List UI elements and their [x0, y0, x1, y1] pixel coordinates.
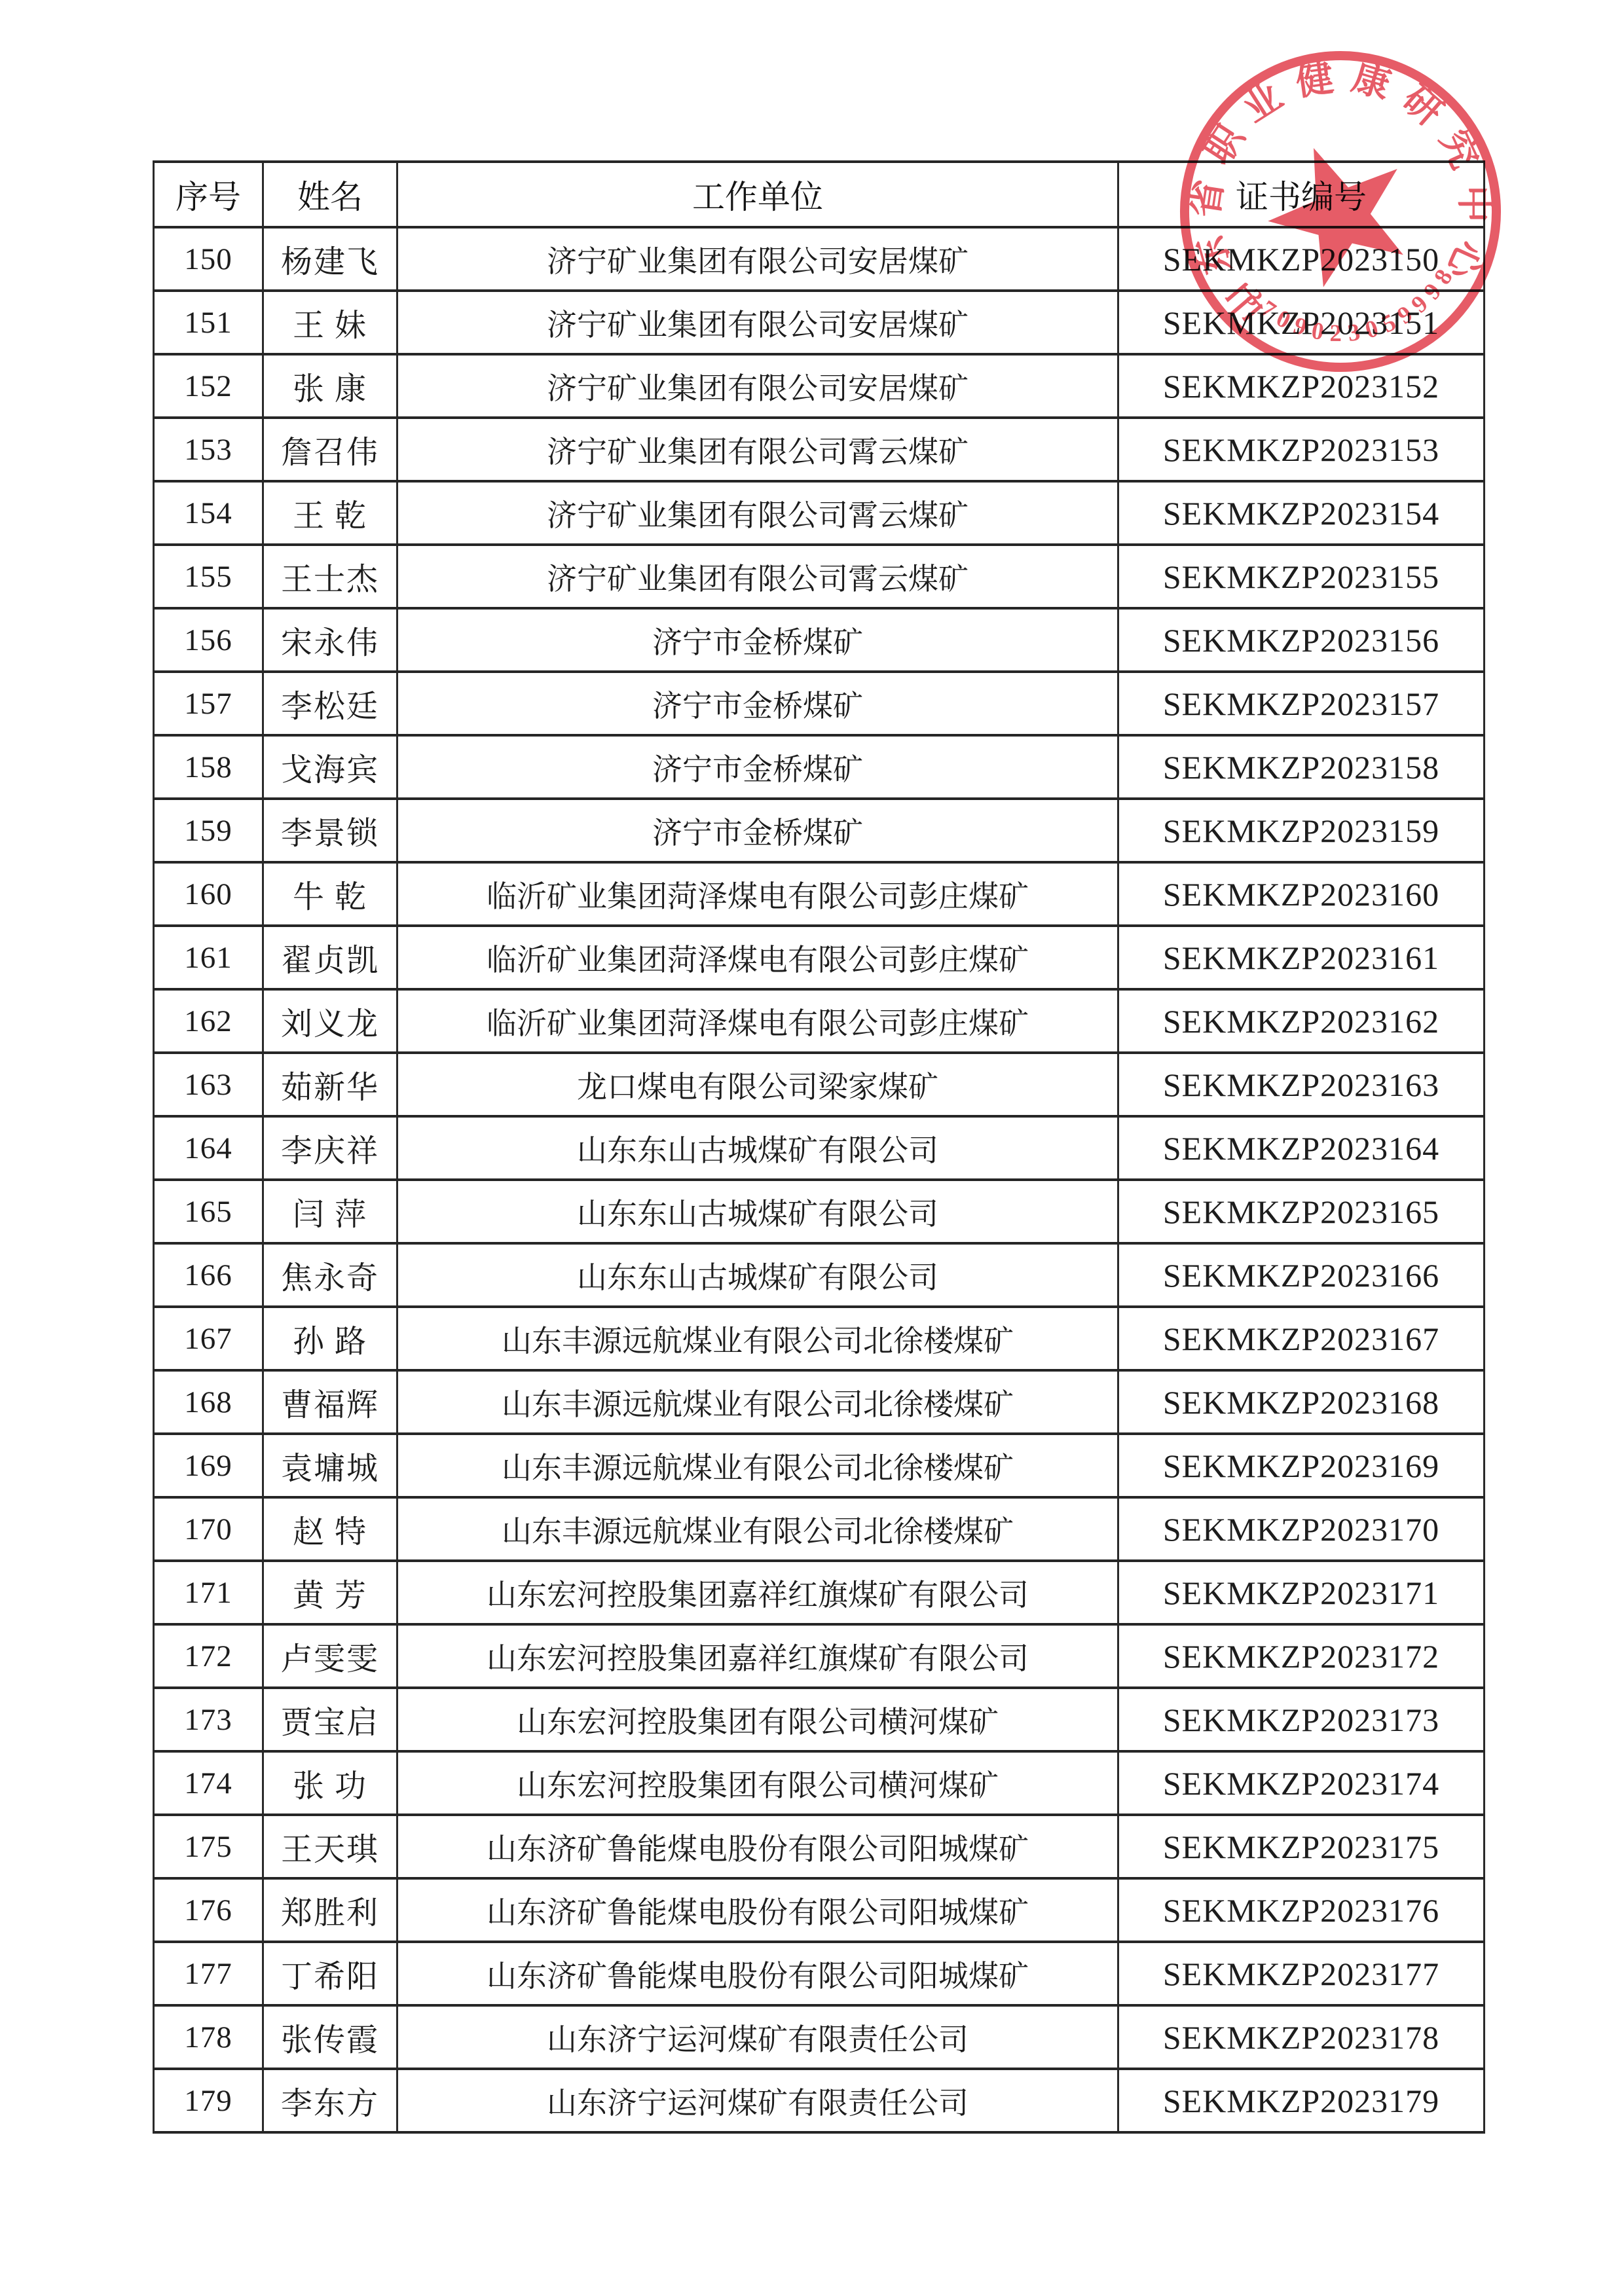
table-row: 174张 功山东宏河控股集团有限公司横河煤矿SEKMKZP2023174: [154, 1751, 1485, 1815]
cell-person-name: 贾宝启: [263, 1688, 397, 1751]
cell-serial-number: 167: [154, 1307, 263, 1370]
cell-work-unit: 山东东山古城煤矿有限公司: [397, 1180, 1118, 1243]
cell-serial-number: 164: [154, 1116, 263, 1180]
cell-work-unit: 山东济矿鲁能煤电股份有限公司阳城煤矿: [397, 1815, 1118, 1878]
cell-certificate-number: SEKMKZP2023162: [1118, 989, 1485, 1053]
table-row: 163茹新华龙口煤电有限公司梁家煤矿SEKMKZP2023163: [154, 1053, 1485, 1116]
cell-certificate-number: SEKMKZP2023170: [1118, 1497, 1485, 1561]
cell-serial-number: 157: [154, 672, 263, 735]
cell-work-unit: 山东济宁运河煤矿有限责任公司: [397, 2005, 1118, 2069]
cell-person-name: 杨建飞: [263, 227, 397, 291]
cell-work-unit: 山东宏河控股集团嘉祥红旗煤矿有限公司: [397, 1624, 1118, 1688]
cell-certificate-number: SEKMKZP2023173: [1118, 1688, 1485, 1751]
table-row: 165闫 萍山东东山古城煤矿有限公司SEKMKZP2023165: [154, 1180, 1485, 1243]
cell-work-unit: 济宁矿业集团有限公司霄云煤矿: [397, 545, 1118, 608]
cell-serial-number: 168: [154, 1370, 263, 1434]
cell-serial-number: 169: [154, 1434, 263, 1497]
cell-certificate-number: SEKMKZP2023156: [1118, 608, 1485, 672]
cell-certificate-number: SEKMKZP2023176: [1118, 1878, 1485, 1942]
col-header-unit: 工作单位: [397, 162, 1118, 227]
cell-person-name: 孙 路: [263, 1307, 397, 1370]
cell-certificate-number: SEKMKZP2023165: [1118, 1180, 1485, 1243]
cell-serial-number: 151: [154, 291, 263, 354]
cell-work-unit: 济宁市金桥煤矿: [397, 735, 1118, 799]
cell-work-unit: 山东济矿鲁能煤电股份有限公司阳城煤矿: [397, 1942, 1118, 2005]
table-header-row: 序号 姓名 工作单位 证书编号: [154, 162, 1485, 227]
cell-person-name: 张 功: [263, 1751, 397, 1815]
table-row: 157李松廷济宁市金桥煤矿SEKMKZP2023157: [154, 672, 1485, 735]
table-row: 173贾宝启山东宏河控股集团有限公司横河煤矿SEKMKZP2023173: [154, 1688, 1485, 1751]
cell-certificate-number: SEKMKZP2023177: [1118, 1942, 1485, 2005]
cell-person-name: 李庆祥: [263, 1116, 397, 1180]
cell-work-unit: 山东丰源远航煤业有限公司北徐楼煤矿: [397, 1307, 1118, 1370]
table-row: 162刘义龙临沂矿业集团菏泽煤电有限公司彭庄煤矿SEKMKZP2023162: [154, 989, 1485, 1053]
cell-certificate-number: SEKMKZP2023164: [1118, 1116, 1485, 1180]
col-header-cert: 证书编号: [1118, 162, 1485, 227]
certificate-table: 序号 姓名 工作单位 证书编号 150杨建飞济宁矿业集团有限公司安居煤矿SEKM…: [153, 160, 1485, 2134]
cell-certificate-number: SEKMKZP2023151: [1118, 291, 1485, 354]
cell-certificate-number: SEKMKZP2023157: [1118, 672, 1485, 735]
cell-certificate-number: SEKMKZP2023167: [1118, 1307, 1485, 1370]
cell-work-unit: 济宁矿业集团有限公司霄云煤矿: [397, 481, 1118, 545]
cell-serial-number: 150: [154, 227, 263, 291]
cell-person-name: 卢雯雯: [263, 1624, 397, 1688]
cell-person-name: 曹福辉: [263, 1370, 397, 1434]
cell-certificate-number: SEKMKZP2023159: [1118, 799, 1485, 862]
cell-work-unit: 济宁市金桥煤矿: [397, 608, 1118, 672]
table-row: 153詹召伟济宁矿业集团有限公司霄云煤矿SEKMKZP2023153: [154, 418, 1485, 481]
cell-serial-number: 160: [154, 862, 263, 926]
cell-person-name: 李松廷: [263, 672, 397, 735]
table-row: 168曹福辉山东丰源远航煤业有限公司北徐楼煤矿SEKMKZP2023168: [154, 1370, 1485, 1434]
cell-certificate-number: SEKMKZP2023169: [1118, 1434, 1485, 1497]
cell-certificate-number: SEKMKZP2023158: [1118, 735, 1485, 799]
table-row: 175王天琪山东济矿鲁能煤电股份有限公司阳城煤矿SEKMKZP2023175: [154, 1815, 1485, 1878]
cell-person-name: 茹新华: [263, 1053, 397, 1116]
cell-serial-number: 162: [154, 989, 263, 1053]
cell-certificate-number: SEKMKZP2023152: [1118, 354, 1485, 418]
cell-person-name: 丁希阳: [263, 1942, 397, 2005]
cell-work-unit: 临沂矿业集团菏泽煤电有限公司彭庄煤矿: [397, 862, 1118, 926]
cell-serial-number: 158: [154, 735, 263, 799]
cell-person-name: 刘义龙: [263, 989, 397, 1053]
cell-work-unit: 山东宏河控股集团嘉祥红旗煤矿有限公司: [397, 1561, 1118, 1624]
table-row: 178张传霞山东济宁运河煤矿有限责任公司SEKMKZP2023178: [154, 2005, 1485, 2069]
table-row: 176郑胜利山东济矿鲁能煤电股份有限公司阳城煤矿SEKMKZP2023176: [154, 1878, 1485, 1942]
cell-work-unit: 山东丰源远航煤业有限公司北徐楼煤矿: [397, 1434, 1118, 1497]
cell-certificate-number: SEKMKZP2023163: [1118, 1053, 1485, 1116]
cell-person-name: 黄 芳: [263, 1561, 397, 1624]
cell-serial-number: 170: [154, 1497, 263, 1561]
cell-person-name: 王士杰: [263, 545, 397, 608]
cell-serial-number: 155: [154, 545, 263, 608]
cell-serial-number: 165: [154, 1180, 263, 1243]
table-row: 177丁希阳山东济矿鲁能煤电股份有限公司阳城煤矿SEKMKZP2023177: [154, 1942, 1485, 2005]
table-row: 169袁墉城山东丰源远航煤业有限公司北徐楼煤矿SEKMKZP2023169: [154, 1434, 1485, 1497]
cell-certificate-number: SEKMKZP2023178: [1118, 2005, 1485, 2069]
cell-person-name: 赵 特: [263, 1497, 397, 1561]
table-row: 170赵 特山东丰源远航煤业有限公司北徐楼煤矿SEKMKZP2023170: [154, 1497, 1485, 1561]
cell-serial-number: 178: [154, 2005, 263, 2069]
cell-person-name: 翟贞凯: [263, 926, 397, 989]
cell-work-unit: 济宁矿业集团有限公司安居煤矿: [397, 227, 1118, 291]
cell-person-name: 李景锁: [263, 799, 397, 862]
cell-certificate-number: SEKMKZP2023161: [1118, 926, 1485, 989]
cell-person-name: 李东方: [263, 2069, 397, 2132]
table-row: 150杨建飞济宁矿业集团有限公司安居煤矿SEKMKZP2023150: [154, 227, 1485, 291]
cell-serial-number: 154: [154, 481, 263, 545]
cell-serial-number: 176: [154, 1878, 263, 1942]
cell-certificate-number: SEKMKZP2023179: [1118, 2069, 1485, 2132]
cell-work-unit: 山东宏河控股集团有限公司横河煤矿: [397, 1688, 1118, 1751]
cell-serial-number: 153: [154, 418, 263, 481]
cell-work-unit: 山东济矿鲁能煤电股份有限公司阳城煤矿: [397, 1878, 1118, 1942]
cell-work-unit: 济宁矿业集团有限公司安居煤矿: [397, 291, 1118, 354]
cell-person-name: 王 乾: [263, 481, 397, 545]
table-row: 156宋永伟济宁市金桥煤矿SEKMKZP2023156: [154, 608, 1485, 672]
table-row: 152张 康济宁矿业集团有限公司安居煤矿SEKMKZP2023152: [154, 354, 1485, 418]
cell-person-name: 闫 萍: [263, 1180, 397, 1243]
cell-serial-number: 159: [154, 799, 263, 862]
cell-work-unit: 临沂矿业集团菏泽煤电有限公司彭庄煤矿: [397, 989, 1118, 1053]
cell-certificate-number: SEKMKZP2023155: [1118, 545, 1485, 608]
cell-certificate-number: SEKMKZP2023150: [1118, 227, 1485, 291]
cell-certificate-number: SEKMKZP2023153: [1118, 418, 1485, 481]
cell-work-unit: 济宁市金桥煤矿: [397, 799, 1118, 862]
cell-person-name: 郑胜利: [263, 1878, 397, 1942]
cell-work-unit: 济宁矿业集团有限公司安居煤矿: [397, 354, 1118, 418]
cell-certificate-number: SEKMKZP2023160: [1118, 862, 1485, 926]
table-row: 164李庆祥山东东山古城煤矿有限公司SEKMKZP2023164: [154, 1116, 1485, 1180]
cell-serial-number: 173: [154, 1688, 263, 1751]
cell-person-name: 王 妹: [263, 291, 397, 354]
table-row: 159李景锁济宁市金桥煤矿SEKMKZP2023159: [154, 799, 1485, 862]
cell-work-unit: 龙口煤电有限公司梁家煤矿: [397, 1053, 1118, 1116]
cell-work-unit: 山东宏河控股集团有限公司横河煤矿: [397, 1751, 1118, 1815]
table-row: 151王 妹济宁矿业集团有限公司安居煤矿SEKMKZP2023151: [154, 291, 1485, 354]
cell-work-unit: 山东东山古城煤矿有限公司: [397, 1116, 1118, 1180]
cell-certificate-number: SEKMKZP2023171: [1118, 1561, 1485, 1624]
cell-serial-number: 156: [154, 608, 263, 672]
cell-person-name: 詹召伟: [263, 418, 397, 481]
cell-serial-number: 177: [154, 1942, 263, 2005]
cell-work-unit: 山东丰源远航煤业有限公司北徐楼煤矿: [397, 1370, 1118, 1434]
cell-serial-number: 161: [154, 926, 263, 989]
table-row: 179李东方山东济宁运河煤矿有限责任公司SEKMKZP2023179: [154, 2069, 1485, 2132]
table-row: 158戈海宾济宁市金桥煤矿SEKMKZP2023158: [154, 735, 1485, 799]
col-header-name: 姓名: [263, 162, 397, 227]
cell-work-unit: 济宁市金桥煤矿: [397, 672, 1118, 735]
cell-person-name: 焦永奇: [263, 1243, 397, 1307]
table-row: 172卢雯雯山东宏河控股集团嘉祥红旗煤矿有限公司SEKMKZP2023172: [154, 1624, 1485, 1688]
table-body: 150杨建飞济宁矿业集团有限公司安居煤矿SEKMKZP2023150151王 妹…: [154, 227, 1485, 2132]
document-page: 序号 姓名 工作单位 证书编号 150杨建飞济宁矿业集团有限公司安居煤矿SEKM…: [0, 0, 1624, 2296]
cell-serial-number: 175: [154, 1815, 263, 1878]
cell-serial-number: 179: [154, 2069, 263, 2132]
cell-serial-number: 152: [154, 354, 263, 418]
cell-work-unit: 济宁矿业集团有限公司霄云煤矿: [397, 418, 1118, 481]
cell-work-unit: 山东东山古城煤矿有限公司: [397, 1243, 1118, 1307]
cell-work-unit: 山东济宁运河煤矿有限责任公司: [397, 2069, 1118, 2132]
cell-person-name: 戈海宾: [263, 735, 397, 799]
cell-certificate-number: SEKMKZP2023168: [1118, 1370, 1485, 1434]
cell-certificate-number: SEKMKZP2023174: [1118, 1751, 1485, 1815]
cell-certificate-number: SEKMKZP2023154: [1118, 481, 1485, 545]
cell-person-name: 袁墉城: [263, 1434, 397, 1497]
cell-certificate-number: SEKMKZP2023175: [1118, 1815, 1485, 1878]
table-row: 154王 乾济宁矿业集团有限公司霄云煤矿SEKMKZP2023154: [154, 481, 1485, 545]
cell-person-name: 张传霞: [263, 2005, 397, 2069]
table-row: 161翟贞凯临沂矿业集团菏泽煤电有限公司彭庄煤矿SEKMKZP2023161: [154, 926, 1485, 989]
table-row: 160牛 乾临沂矿业集团菏泽煤电有限公司彭庄煤矿SEKMKZP2023160: [154, 862, 1485, 926]
cell-work-unit: 临沂矿业集团菏泽煤电有限公司彭庄煤矿: [397, 926, 1118, 989]
table-row: 155王士杰济宁矿业集团有限公司霄云煤矿SEKMKZP2023155: [154, 545, 1485, 608]
cell-serial-number: 163: [154, 1053, 263, 1116]
cell-person-name: 王天琪: [263, 1815, 397, 1878]
cell-person-name: 牛 乾: [263, 862, 397, 926]
col-header-no: 序号: [154, 162, 263, 227]
table-row: 166焦永奇山东东山古城煤矿有限公司SEKMKZP2023166: [154, 1243, 1485, 1307]
table-row: 167孙 路山东丰源远航煤业有限公司北徐楼煤矿SEKMKZP2023167: [154, 1307, 1485, 1370]
cell-serial-number: 171: [154, 1561, 263, 1624]
table-row: 171黄 芳山东宏河控股集团嘉祥红旗煤矿有限公司SEKMKZP2023171: [154, 1561, 1485, 1624]
cell-serial-number: 174: [154, 1751, 263, 1815]
cell-serial-number: 172: [154, 1624, 263, 1688]
cell-certificate-number: SEKMKZP2023166: [1118, 1243, 1485, 1307]
cell-person-name: 宋永伟: [263, 608, 397, 672]
cell-work-unit: 山东丰源远航煤业有限公司北徐楼煤矿: [397, 1497, 1118, 1561]
cell-person-name: 张 康: [263, 354, 397, 418]
cell-certificate-number: SEKMKZP2023172: [1118, 1624, 1485, 1688]
cell-serial-number: 166: [154, 1243, 263, 1307]
